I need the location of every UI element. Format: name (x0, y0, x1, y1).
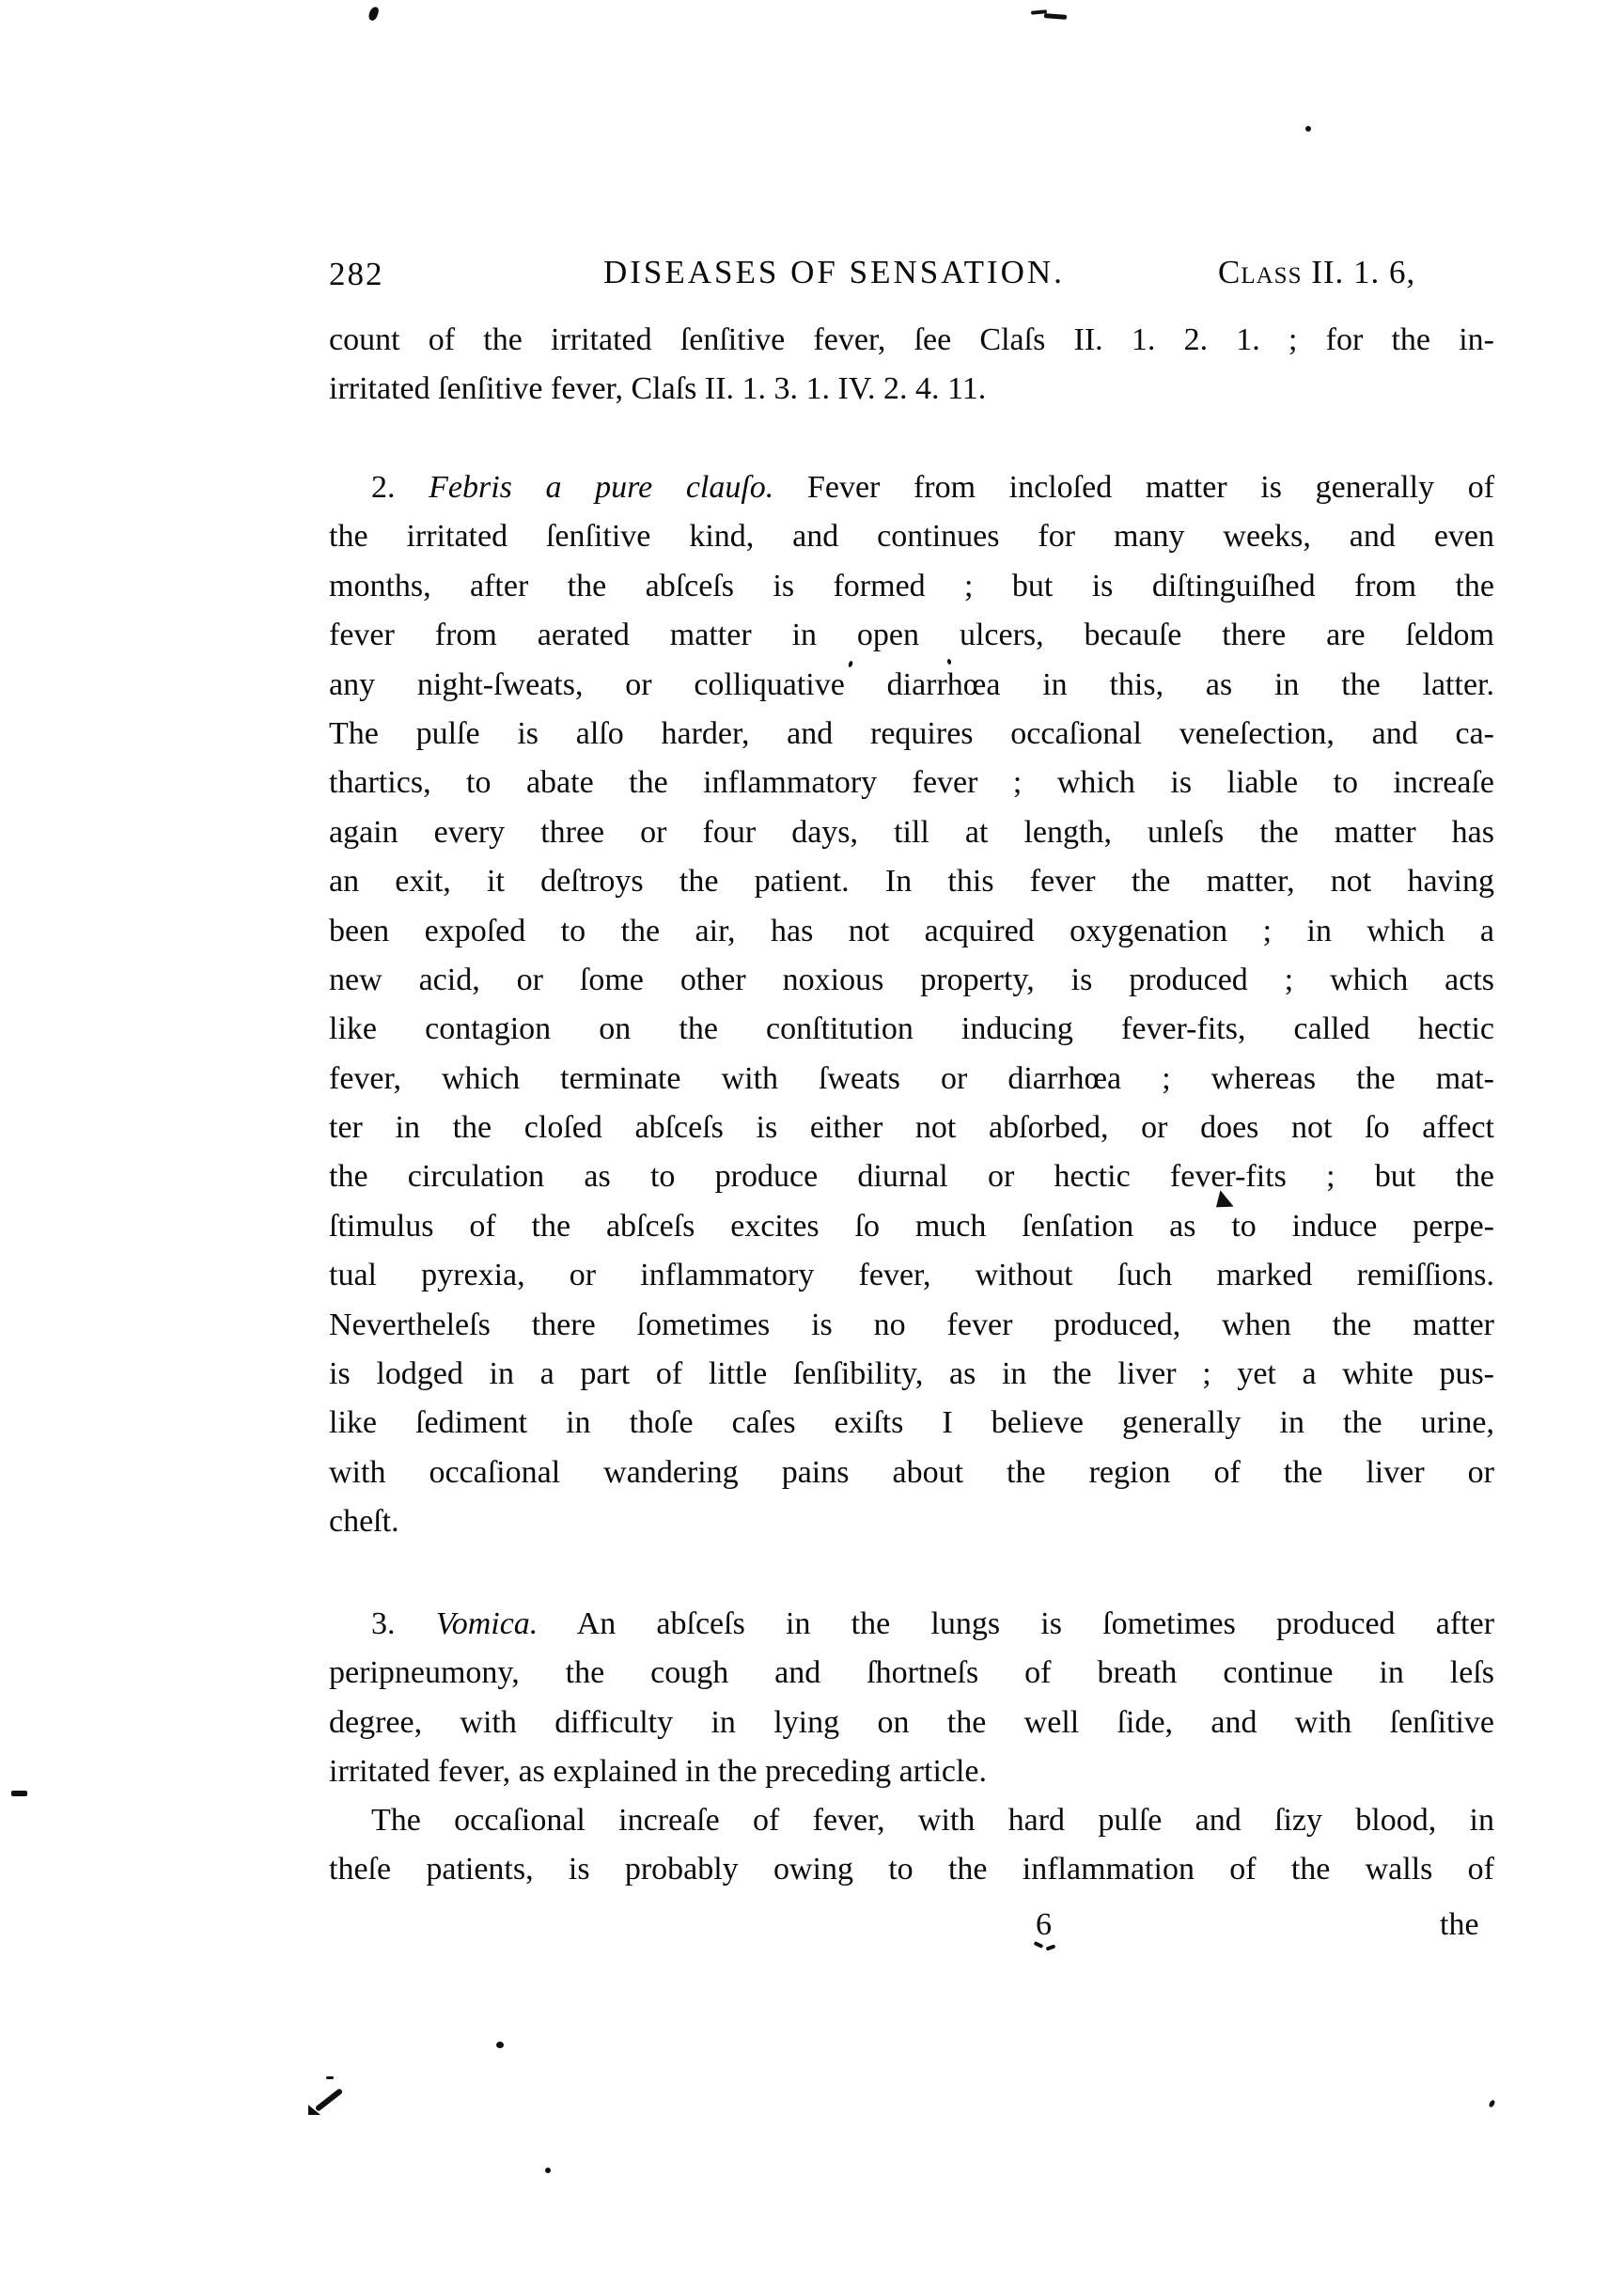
text-line: theſe patients, is probably owing to the… (329, 1845, 1494, 1894)
text-line: the irritated ſenſitive kind, and contin… (329, 512, 1494, 561)
text-line: is lodged in a part of little ſenſibilit… (329, 1350, 1494, 1399)
ink-speck (1488, 2099, 1495, 2107)
ink-dash (1044, 13, 1067, 20)
ink-speck (545, 2168, 551, 2173)
text-line: new acid, or ſome other noxious property… (329, 956, 1494, 1005)
text-line: cheſt. (329, 1497, 1494, 1546)
text-line: Nevertheleſs there ſometimes is no fever… (329, 1301, 1494, 1350)
text-line: the circulation as to produce diurnal or… (329, 1152, 1494, 1201)
text-line: been expoſed to the air, has not acquire… (329, 907, 1494, 956)
ink-speck (496, 2042, 504, 2048)
text-line: The pulſe is alſo harder, and requires o… (329, 710, 1494, 759)
text-line: like ſediment in thoſe caſes exiſts I be… (329, 1399, 1494, 1448)
running-header: 282 DISEASES OF SENSATION. Class II. 1. … (0, 254, 1624, 297)
item-number: 2. (371, 470, 396, 505)
paragraph-occasional-increase: The occaſional increaſe of fever, with h… (329, 1796, 1494, 1895)
pen-scribble (326, 2076, 334, 2079)
paragraph-febris-a-pure-clauso: 2. Febris a pure clauſo. Fever from incl… (329, 463, 1494, 1547)
ink-speck (1305, 126, 1311, 132)
text-line: degree, with difficulty in lying on the … (329, 1699, 1494, 1747)
text-line: fever from aerated matter in open ulcers… (329, 611, 1494, 660)
text-line: like contagion on the conſtitution induc… (329, 1005, 1494, 1054)
text-line: 3. Vomica. An abſceſs in the lungs is ſo… (329, 1600, 1494, 1649)
text-line: tual pyrexia, or inflammatory fever, wit… (329, 1251, 1494, 1300)
ink-speck (367, 6, 380, 22)
pen-scribble (315, 2088, 343, 2112)
class-reference: Class II. 1. 6, (1218, 254, 1415, 291)
text-line: count of the irritated ſenſitive fever, … (329, 316, 1494, 365)
text-line: months, after the abſceſs is formed ; bu… (329, 562, 1494, 611)
paragraph-continuation: count of the irritated ſenſitive fever, … (329, 316, 1494, 415)
text-line: thartics, to abate the inflammatory feve… (329, 759, 1494, 807)
line-text: An abſceſs in the lungs is ſometimes pro… (577, 1606, 1494, 1641)
item-number: 3. (371, 1606, 396, 1641)
text-line: any night-ſweats, or colliquative diarrh… (329, 661, 1494, 710)
text-line: again every three or four days, till at … (329, 808, 1494, 857)
text-line: irritated ſenſitive fever, Claſs II. 1. … (329, 365, 1494, 414)
catchword-line: 6 the (329, 1901, 1494, 1950)
text-line: 2. Febris a pure clauſo. Fever from incl… (329, 463, 1494, 512)
text-line: ter in the cloſed abſceſs is either not … (329, 1104, 1494, 1152)
latin-term: Febris a pure clauſo. (429, 470, 773, 505)
text-line: fever, which terminate with ſweats or di… (329, 1055, 1494, 1104)
text-line: The occaſional increaſe of fever, with h… (329, 1796, 1494, 1845)
text-line: with occaſional wandering pains about th… (329, 1448, 1494, 1497)
catchword: the (1440, 1901, 1479, 1949)
page-number: 282 (329, 256, 384, 293)
running-title: DISEASES OF SENSATION. (603, 254, 1065, 291)
text-line: ſtimulus of the abſceſs excites ſo much … (329, 1202, 1494, 1251)
paragraph-vomica: 3. Vomica. An abſceſs in the lungs is ſo… (329, 1600, 1494, 1797)
latin-term: Vomica. (436, 1606, 539, 1641)
line-text: Fever from incloſed matter is generally … (807, 470, 1494, 505)
text-line: an exit, it deſtroys the patient. In thi… (329, 857, 1494, 906)
book-page-scan: 282 DISEASES OF SENSATION. Class II. 1. … (0, 0, 1624, 2286)
ink-dash (11, 1791, 27, 1796)
text-line: peripneumony, the cough and ſhortneſs of… (329, 1649, 1494, 1698)
text-line: irritated fever, as explained in the pre… (329, 1747, 1494, 1796)
